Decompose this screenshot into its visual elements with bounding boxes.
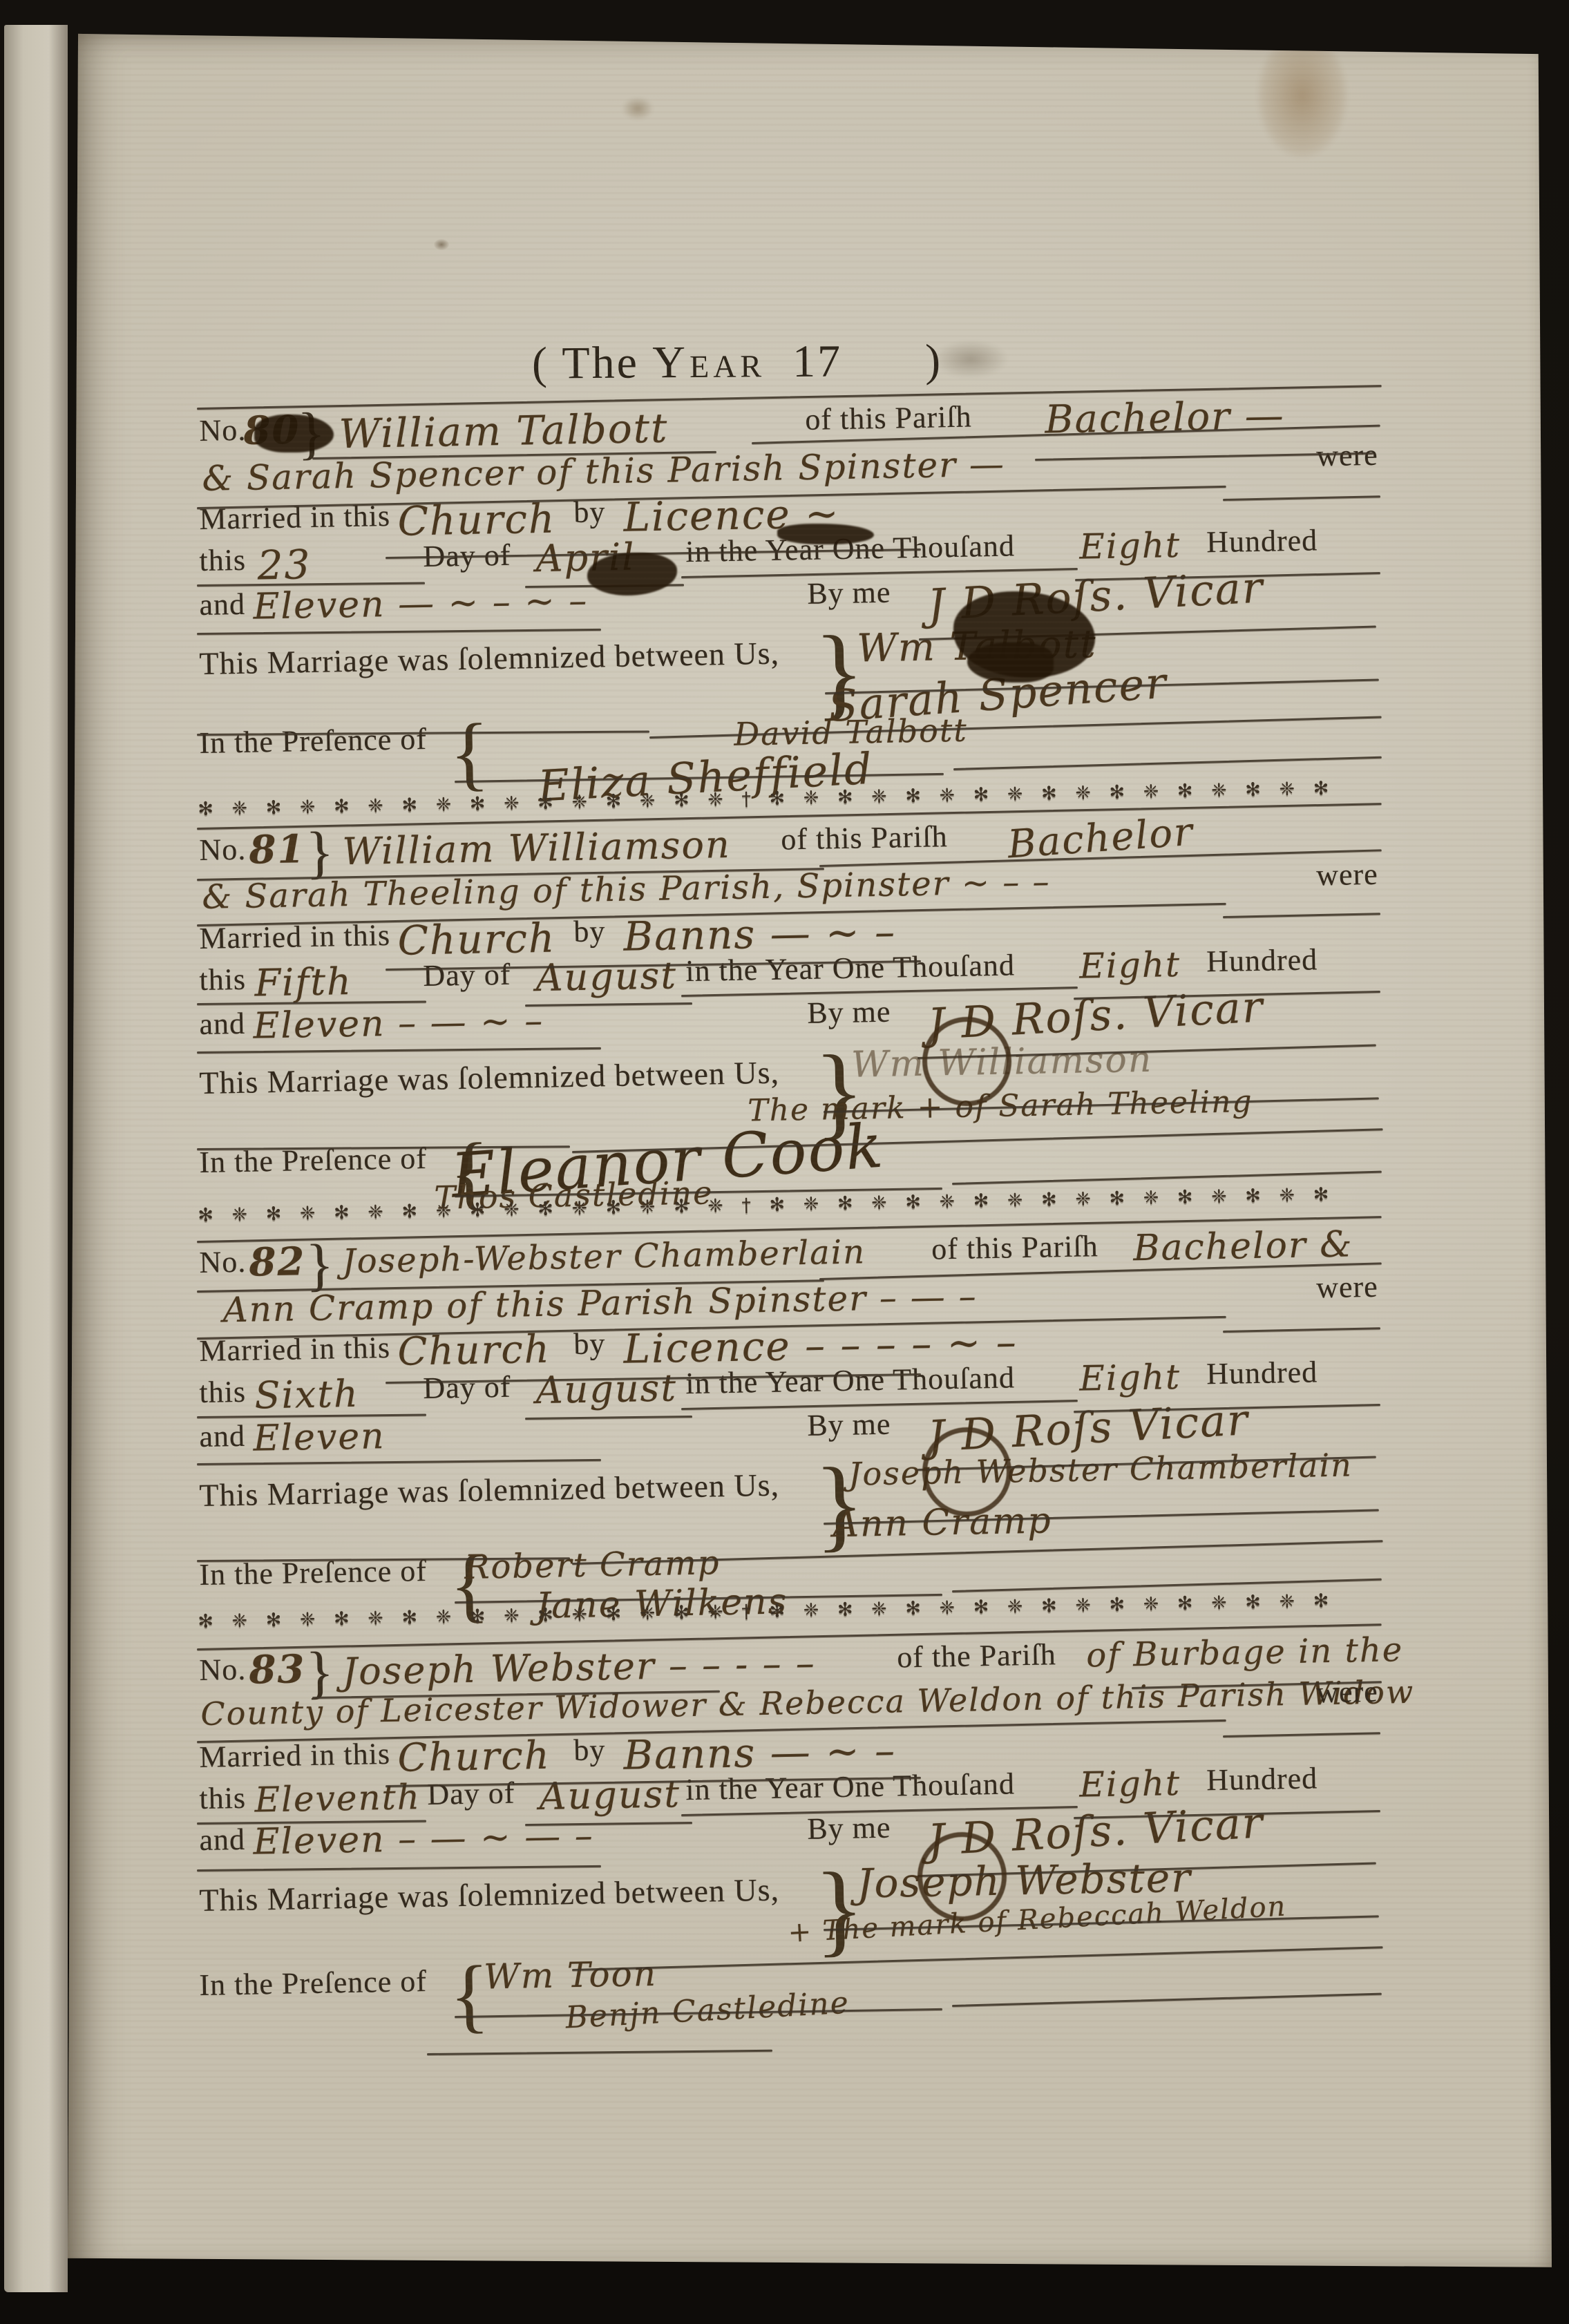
no-label: No. — [199, 1652, 247, 1688]
month-value: August — [539, 1772, 681, 1818]
day-value: Eleventh — [254, 1777, 421, 1820]
entry-number: 83 — [249, 1646, 306, 1693]
page-content: ( The Year 17) No. 80 } William Talbott … — [68, 30, 1552, 2278]
day-of-label: Day of — [423, 957, 511, 993]
groom-status: of Burbage in the — [1086, 1630, 1404, 1675]
and-label: and — [199, 1418, 245, 1454]
month-value: August — [535, 953, 678, 1000]
day-value: Fifth — [254, 960, 352, 1005]
ink-blot — [777, 524, 874, 544]
witness-1-signature: Robert Cramp — [464, 1543, 721, 1587]
signature-loop — [917, 1832, 1007, 1921]
hundred-label: Hundred — [1206, 942, 1318, 979]
title-year-word: Year — [652, 336, 766, 388]
were-label: were — [1316, 857, 1378, 893]
ink-blot — [254, 415, 334, 453]
entry-number: 81 — [249, 826, 306, 873]
signature-loop — [922, 1017, 1011, 1106]
month-value: August — [535, 1366, 678, 1412]
year-word: Eight — [1079, 525, 1181, 567]
this-label: this — [199, 962, 247, 998]
ink-blot — [967, 642, 1054, 683]
page-stain — [434, 239, 449, 250]
in-the-year-label: in the Year One Thouſand — [685, 947, 1015, 989]
presence-label: In the Preſence of — [199, 1963, 427, 2003]
title-open: ( The — [532, 337, 653, 388]
page-stain — [622, 97, 654, 120]
groom-status: Bachelor — — [1045, 393, 1285, 442]
scan-background: ( The Year 17) No. 80 } William Talbott … — [0, 0, 1569, 2324]
previous-page-edge — [4, 25, 68, 2292]
hundred-label: Hundred — [1206, 1354, 1318, 1391]
and-label: and — [199, 1006, 245, 1042]
parish-label: of this Pariſh — [931, 1228, 1099, 1266]
parish-label: of the Pariſh — [897, 1637, 1056, 1675]
page-stain — [1257, 33, 1347, 158]
no-label: No. — [199, 1244, 247, 1280]
and-label: and — [199, 1822, 245, 1858]
day-of-label: Day of — [427, 1775, 515, 1812]
were-label: were — [1316, 1269, 1378, 1306]
marriage-entry-83: No. 83 } Joseph Webster – – - – – of the… — [68, 1652, 1552, 2095]
parish-label: of this Pariſh — [781, 819, 948, 857]
and-label: and — [199, 587, 245, 622]
this-label: this — [199, 542, 247, 578]
by-me-label: By me — [807, 994, 891, 1031]
in-the-year-label: in the Year One Thouſand — [685, 1360, 1015, 1401]
ink-smudge — [933, 340, 1009, 379]
entry-number: 82 — [249, 1239, 306, 1285]
no-label: No. — [199, 412, 247, 448]
day-of-label: Day of — [423, 1369, 511, 1406]
presence-label: In the Preſence of — [199, 721, 427, 761]
year-word-2: Eleven – — ~ – — [253, 1000, 544, 1047]
groom-name: William Williamson — [342, 823, 731, 873]
by-me-label: By me — [807, 1810, 891, 1847]
year-word-2: Eleven — [253, 1416, 386, 1459]
by-label: by — [573, 913, 606, 949]
hundred-label: Hundred — [1206, 1760, 1318, 1798]
by-me-label: By me — [807, 575, 891, 611]
by-me-label: By me — [807, 1407, 891, 1443]
no-label: No. — [199, 832, 247, 868]
parish-label: of this Pariſh — [805, 399, 972, 437]
hundred-label: Hundred — [1206, 522, 1318, 560]
by-label: by — [573, 1732, 606, 1768]
this-label: this — [199, 1780, 247, 1816]
register-page: ( The Year 17) No. 80 } William Talbott … — [68, 30, 1552, 2278]
year-word: Eight — [1079, 1763, 1181, 1805]
witness-1-signature: Wm Toon — [484, 1954, 658, 1997]
in-the-year-label: in the Year One Thouſand — [685, 1766, 1015, 1807]
church-word: Church — [397, 1733, 551, 1781]
year-word: Eight — [1079, 944, 1181, 987]
year-word: Eight — [1079, 1357, 1181, 1399]
groom-name: William Talbott — [339, 405, 669, 458]
groom-status: Bachelor & — [1133, 1223, 1353, 1269]
signature-loop — [922, 1427, 1011, 1516]
title-year-digits: 17 — [792, 336, 843, 388]
were-label: were — [1316, 1674, 1378, 1711]
this-label: this — [199, 1374, 247, 1410]
were-label: were — [1316, 437, 1378, 474]
day-value: 23 — [257, 541, 312, 589]
day-value: Sixth — [254, 1372, 359, 1418]
